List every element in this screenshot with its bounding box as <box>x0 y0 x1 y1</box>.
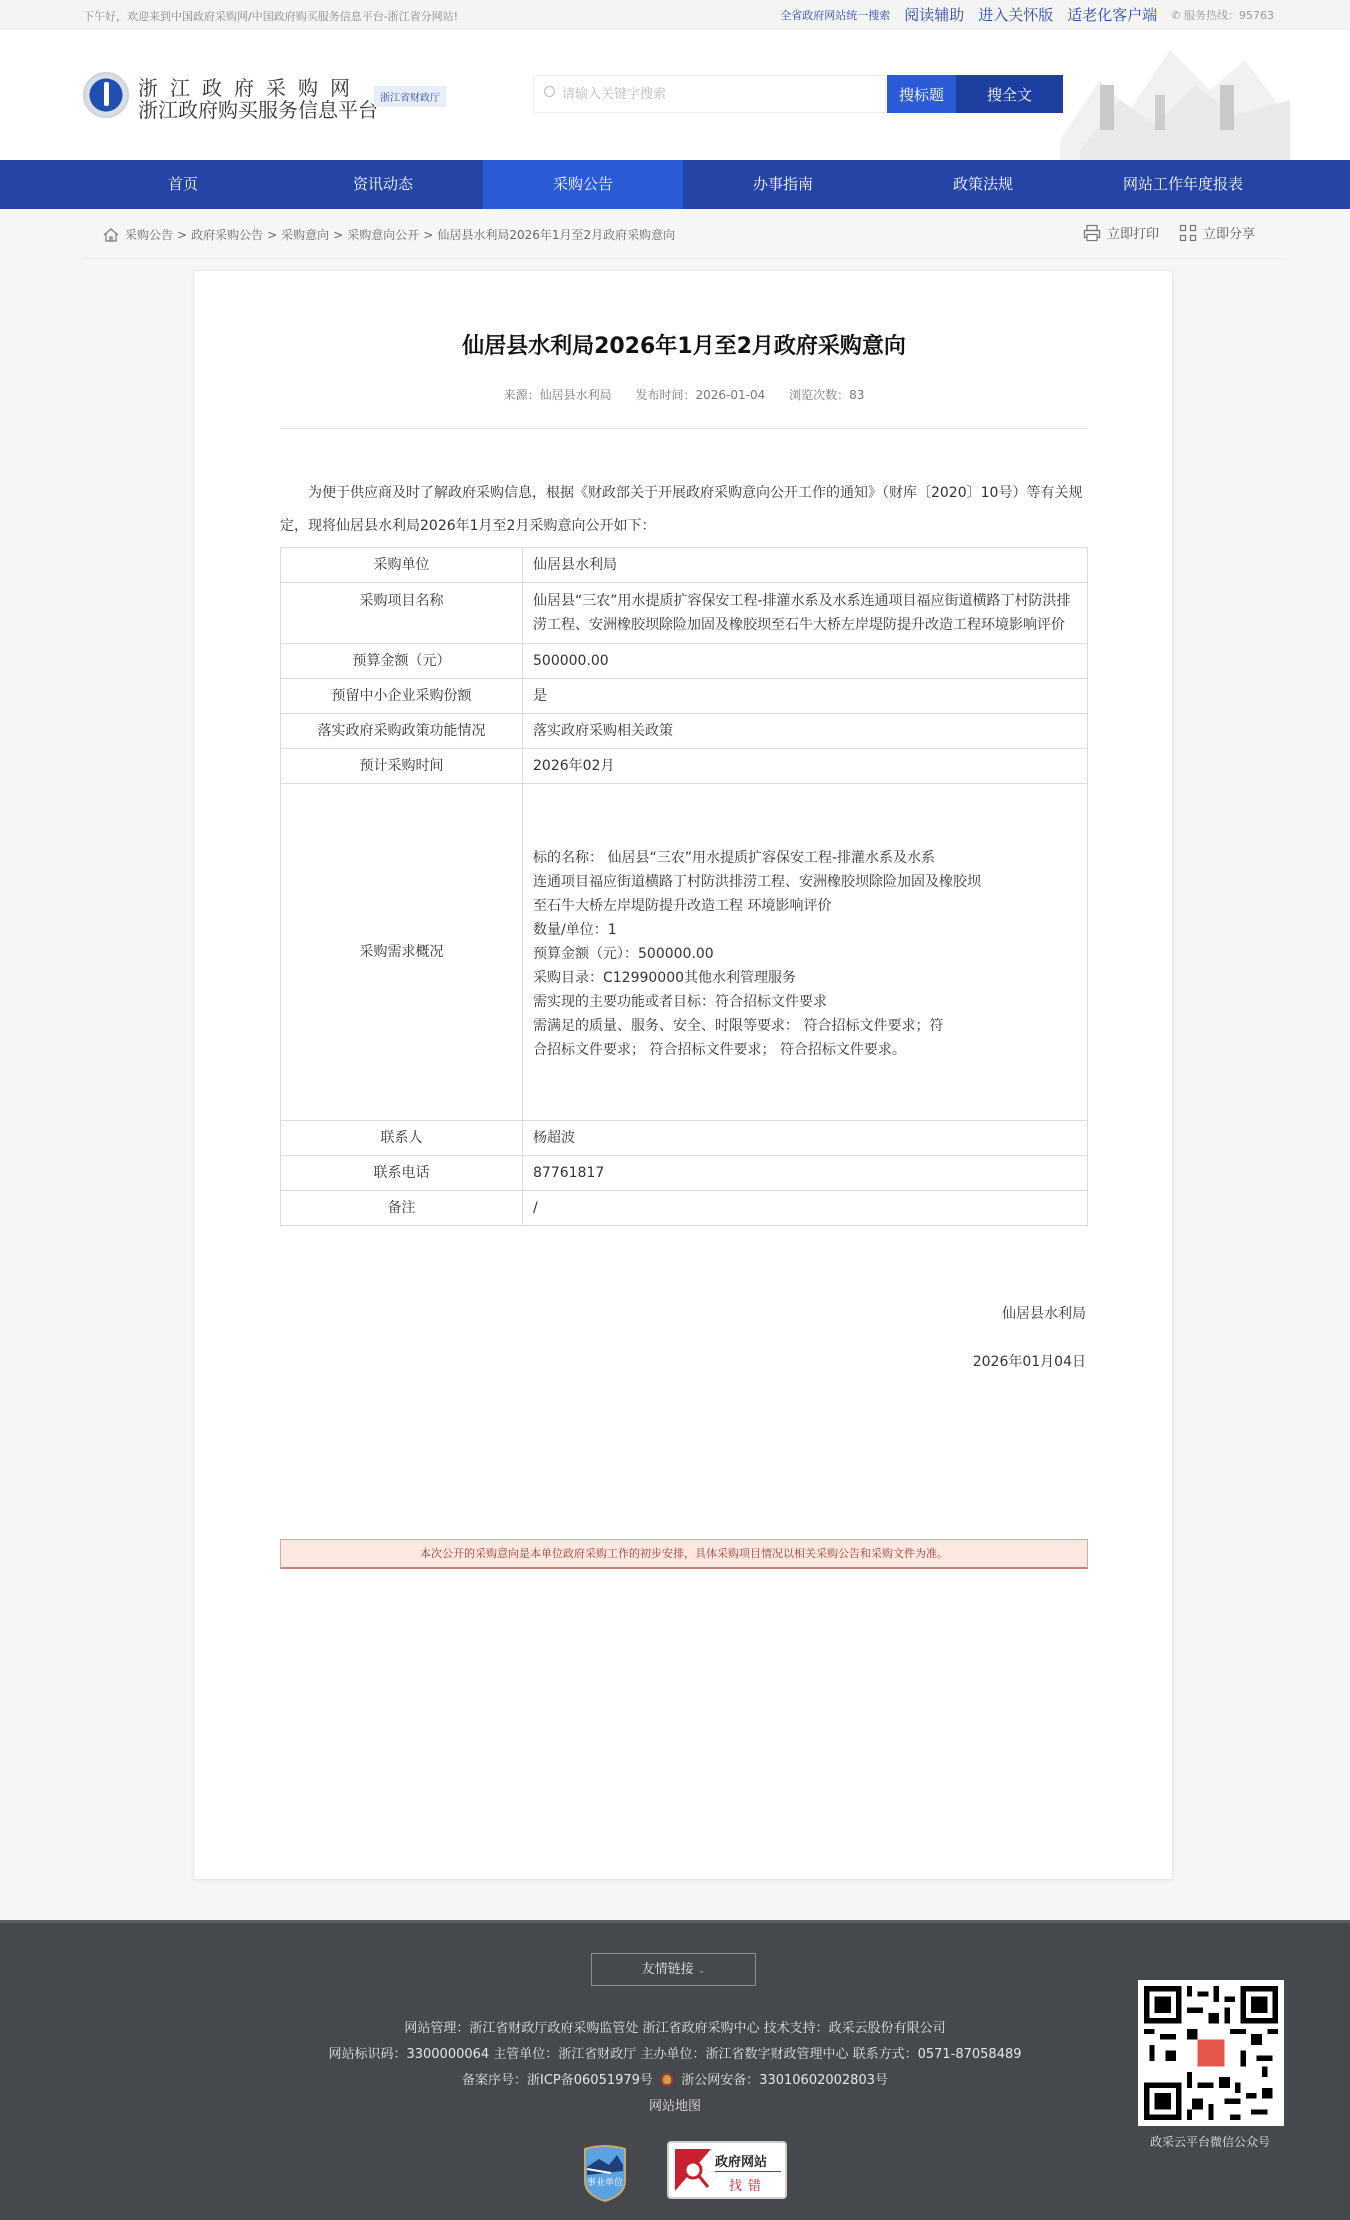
row-key: 预计采购时间 <box>281 749 523 784</box>
breadcrumb-separator: > <box>423 228 433 242</box>
police-record-link[interactable]: 浙公网安备：33010602002803号 <box>681 2073 888 2088</box>
search-input[interactable] <box>562 76 882 112</box>
row-key: 联系人 <box>281 1121 523 1156</box>
search-box <box>533 75 886 113</box>
nav-item-guide[interactable]: 办事指南 <box>683 160 883 209</box>
search-title-button[interactable]: 搜标题 <box>887 75 956 113</box>
row-value: 500000.00 <box>523 644 1088 679</box>
article-meta: 来源：仙居县水利局 发布时间：2026-01-04 浏览次数：83 <box>194 386 1174 403</box>
row-value: 仙居县水利局 <box>523 548 1088 583</box>
signature: 仙居县水利局 <box>1002 1303 1086 1323</box>
search-icon <box>544 86 555 97</box>
row-value: 杨超波 <box>523 1121 1088 1156</box>
signature-date: 2026年01月04日 <box>973 1351 1086 1371</box>
page-title: 仙居县水利局2026年1月至2月政府采购意向 <box>194 329 1174 360</box>
row-value: 87761817 <box>523 1156 1088 1191</box>
print-button[interactable]: 立即打印 <box>1083 223 1159 242</box>
table-row-requirement: 采购需求概况 标的名称： 仙居县“三农”用水提质扩容保安工程-排灌水系及水系 连… <box>281 784 1088 1121</box>
chevron-down-icon: ⌄ <box>698 1966 706 1976</box>
qrcode-icon <box>1179 224 1197 242</box>
nav-item-procurement[interactable]: 采购公告 <box>483 160 683 209</box>
row-key: 备注 <box>281 1191 523 1226</box>
search-fulltext-button[interactable]: 搜全文 <box>956 75 1063 113</box>
nav-item-policy[interactable]: 政策法规 <box>883 160 1083 209</box>
breadcrumb-current: 仙居县水利局2026年1月至2月政府采购意向 <box>437 226 675 243</box>
qrcode-icon <box>1144 1986 1278 2120</box>
table-row: 采购单位仙居县水利局 <box>281 548 1088 583</box>
police-badge-icon <box>661 2073 673 2086</box>
intro-paragraph: 为便于供应商及时了解政府采购信息，根据《财政部关于开展政府采购意向公开工作的通知… <box>280 477 1088 543</box>
phone-icon: ✆ <box>1171 9 1184 22</box>
nav-item-home[interactable]: 首页 <box>83 160 283 209</box>
error-badge-subtitle: 找错 <box>729 2175 767 2194</box>
requirement-line: 标的名称： 仙居县“三农”用水提质扩容保安工程-排灌水系及水系 <box>533 846 1083 870</box>
elderly-client-link[interactable]: 适老化客户端 <box>1067 4 1157 25</box>
table-row: 采购项目名称仙居县“三农”用水提质扩容保安工程-排灌水系及水系连通项目福应街道横… <box>281 583 1088 644</box>
requirement-line: 采购目录：C12990000其他水利管理服务 <box>533 966 1083 990</box>
table-row: 联系电话87761817 <box>281 1156 1088 1191</box>
hotline: ✆ 服务热线：95763 <box>1171 7 1274 23</box>
row-key: 采购需求概况 <box>281 784 523 1121</box>
requirement-details: 标的名称： 仙居县“三农”用水提质扩容保安工程-排灌水系及水系 连通项目福应街道… <box>523 784 1088 1121</box>
magnifier-icon <box>681 2157 711 2191</box>
logo-emblem-icon[interactable] <box>83 72 129 118</box>
row-value: 仙居县“三农”用水提质扩容保安工程-排灌水系及水系连通项目福应街道横路丁村防洪排… <box>523 583 1088 644</box>
nav-item-news[interactable]: 资讯动态 <box>283 160 483 209</box>
scenery-decoration-icon <box>1060 30 1290 160</box>
page-tools: 立即打印 立即分享 <box>1083 223 1255 242</box>
friendly-links-dropdown[interactable]: 友情链接 ⌄ <box>591 1953 756 1986</box>
row-key: 联系电话 <box>281 1156 523 1191</box>
icp-link[interactable]: 备案序号：浙ICP备06051979号 <box>462 2073 653 2088</box>
reading-aid-link[interactable]: 阅读辅助 <box>904 4 964 25</box>
breadcrumb-bar: 采购公告> 政府采购公告> 采购意向> 采购意向公开> 仙居县水利局2026年1… <box>0 209 1350 259</box>
care-mode-link[interactable]: 进入关怀版 <box>978 4 1053 25</box>
row-key: 采购单位 <box>281 548 523 583</box>
requirement-line: 需实现的主要功能或者目标：符合招标文件要求 <box>533 990 1083 1014</box>
public-institution-badge-icon[interactable] <box>581 2143 629 2203</box>
row-key: 采购项目名称 <box>281 583 523 644</box>
sitemap-link[interactable]: 网站地图 <box>649 2099 701 2114</box>
top-bar: 下午好，欢迎来到中国政府采购网/中国政府购买服务信息平台-浙江省分网站! 全省政… <box>0 0 1350 30</box>
requirement-line: 连通项目福应街道横路丁村防洪排涝工程、安洲橡胶坝除险加固及橡胶坝 <box>533 870 1083 894</box>
table-row: 联系人杨超波 <box>281 1121 1088 1156</box>
row-value: 落实政府采购相关政策 <box>523 714 1088 749</box>
row-value: / <box>523 1191 1088 1226</box>
public-institution-badge-label: 事业单位 <box>587 2175 623 2188</box>
header: 浙江政府采购网 浙江政府购买服务信息平台 浙江省财政厅 搜标题 搜全文 <box>0 30 1350 160</box>
breadcrumb-item[interactable]: 政府采购公告 <box>191 226 263 243</box>
logo-subtitle[interactable]: 浙江政府购买服务信息平台 <box>138 94 378 123</box>
row-value: 2026年02月 <box>523 749 1088 784</box>
breadcrumb-separator: > <box>333 228 343 242</box>
requirement-line: 需满足的质量、服务、安全、时限等要求： 符合招标文件要求；符 <box>533 1014 1083 1038</box>
table-row: 落实政府采购政策功能情况落实政府采购相关政策 <box>281 714 1088 749</box>
table-row: 备注/ <box>281 1191 1088 1226</box>
top-links: 全省政府网站统一搜索 阅读辅助 进入关怀版 适老化客户端 ✆ 服务热线：9576… <box>780 4 1274 25</box>
requirement-line: 预算金额（元）：500000.00 <box>533 942 1083 966</box>
breadcrumb-item[interactable]: 采购公告 <box>125 226 173 243</box>
table-row: 预算金额（元）500000.00 <box>281 644 1088 679</box>
row-key: 预留中小企业采购份额 <box>281 679 523 714</box>
procurement-table: 采购单位仙居县水利局 采购项目名称仙居县“三农”用水提质扩容保安工程-排灌水系及… <box>280 547 1088 1226</box>
error-badge-divider <box>715 2171 781 2172</box>
requirement-line: 合招标文件要求； 符合招标文件要求； 符合招标文件要求。 <box>533 1038 1083 1062</box>
logo-badge: 浙江省财政厅 <box>374 86 446 107</box>
table-row: 预计采购时间2026年02月 <box>281 749 1088 784</box>
share-button[interactable]: 立即分享 <box>1179 223 1255 242</box>
qrcode-caption: 政采云平台微信公众号 <box>1110 2133 1310 2150</box>
breadcrumb-separator: > <box>267 228 277 242</box>
welcome-text: 下午好，欢迎来到中国政府采购网/中国政府购买服务信息平台-浙江省分网站! <box>83 8 458 24</box>
print-label: 立即打印 <box>1107 223 1159 242</box>
disclaimer-notice: 本次公开的采购意向是本单位政府采购工作的初步安排，具体采购项目情况以相关采购公告… <box>280 1539 1088 1569</box>
article-source: 来源：仙居县水利局 <box>504 388 612 402</box>
website-error-report-badge[interactable]: 政府网站 找错 <box>667 2141 787 2199</box>
row-key: 落实政府采购政策功能情况 <box>281 714 523 749</box>
breadcrumb-divider <box>85 258 1285 259</box>
wechat-qrcode <box>1138 1980 1284 2126</box>
home-icon[interactable] <box>103 228 119 242</box>
breadcrumb-item[interactable]: 采购意向公开 <box>347 226 419 243</box>
unified-search-link[interactable]: 全省政府网站统一搜索 <box>780 7 890 23</box>
article-publish-time: 发布时间：2026-01-04 <box>635 388 765 402</box>
share-label: 立即分享 <box>1203 223 1255 242</box>
hotline-text: 服务热线：95763 <box>1184 9 1274 22</box>
article-card: 仙居县水利局2026年1月至2月政府采购意向 来源：仙居县水利局 发布时间：20… <box>193 270 1173 1880</box>
nav-item-annual-report[interactable]: 网站工作年度报表 <box>1083 160 1283 209</box>
breadcrumb: 采购公告> 政府采购公告> 采购意向> 采购意向公开> 仙居县水利局2026年1… <box>103 226 675 243</box>
breadcrumb-item[interactable]: 采购意向 <box>281 226 329 243</box>
printer-icon <box>1083 224 1101 242</box>
main-nav: 首页 资讯动态 采购公告 办事指南 政策法规 网站工作年度报表 <box>0 160 1350 209</box>
row-value: 是 <box>523 679 1088 714</box>
requirement-line: 数量/单位：1 <box>533 918 1083 942</box>
article-views: 浏览次数：83 <box>789 388 864 402</box>
row-key: 预算金额（元） <box>281 644 523 679</box>
breadcrumb-separator: > <box>177 228 187 242</box>
requirement-line: 至石牛大桥左岸堤防提升改造工程 环境影响评价 <box>533 894 1083 918</box>
friendly-links-label: 友情链接 <box>642 1962 694 1977</box>
table-row: 预留中小企业采购份额是 <box>281 679 1088 714</box>
title-divider <box>280 428 1088 429</box>
error-badge-title: 政府网站 <box>715 2151 767 2170</box>
